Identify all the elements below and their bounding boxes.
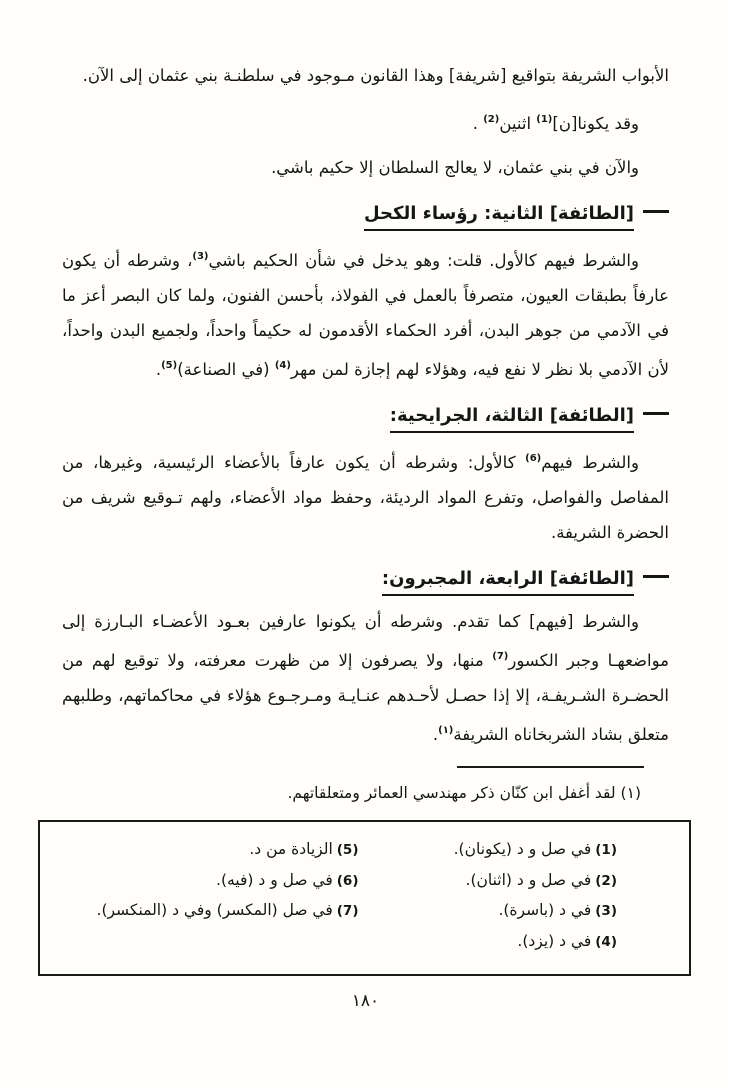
variant-note-text: الزيادة من د. xyxy=(249,840,332,858)
footnote-marker: (7) xyxy=(492,651,508,662)
text-run: والآن في بني عثمان، لا يعالج السلطان إلا… xyxy=(271,158,639,177)
variant-note-number: (6) xyxy=(337,873,359,889)
paragraph-two-physicians: وقد يكونا[ن](1) اثنين(2) . xyxy=(62,102,669,141)
variant-note-number: (3) xyxy=(595,903,617,919)
variant-note-number: (7) xyxy=(337,903,359,919)
footnote-marker: (6) xyxy=(525,453,541,464)
heading-text: [الطائفة] الثانية: رؤساء الكحل xyxy=(364,203,634,231)
paragraph-intro: الأبواب الشريفة بتواقيع [شريفة] وهذا الق… xyxy=(62,58,669,93)
footnote-marker: (١) xyxy=(438,725,453,736)
paragraph-surgeons: والشرط فيهم(6) كالأول: وشرطه أن يكون عار… xyxy=(62,441,669,550)
variant-note-number: (1) xyxy=(595,842,617,858)
variant-note-text: في صل و د (اثنان). xyxy=(466,871,592,889)
heading-dash-icon xyxy=(643,210,669,213)
variant-note-6: (6)في صل و د (فيه). xyxy=(40,866,359,897)
variant-note-text: في د (يزد). xyxy=(517,932,591,950)
variant-note-number: (4) xyxy=(595,934,617,950)
text-run: اثنين xyxy=(499,114,536,133)
section-heading-third-taifa: [الطائفة] الثالثة، الجرايحية: xyxy=(62,403,669,429)
paragraph-oculists: والشرط فيهم كالأول. قلت: وهو يدخل في شأن… xyxy=(62,239,669,387)
variant-note-4: (4)في د (يزد). xyxy=(365,927,618,958)
heading-text: [الطائفة] الرابعة، المجبرون: xyxy=(382,568,634,596)
heading-text: [الطائفة] الثالثة، الجرايحية: xyxy=(390,405,634,433)
footnote-marker: (3) xyxy=(192,251,208,262)
paragraph-ottoman-sultan: والآن في بني عثمان، لا يعالج السلطان إلا… xyxy=(62,150,669,185)
page-number: ١٨٠ xyxy=(62,991,669,1011)
footnote-marker: (1) xyxy=(536,114,552,125)
variant-note-number: (5) xyxy=(337,842,359,858)
variant-note-text: في صل و د (يكونان). xyxy=(454,840,592,858)
text-run: ، وشرطه أن يكون عارفاً بطبقات العيون، مت… xyxy=(62,251,669,379)
variant-notes-right-column: (1)في صل و د (يكونان). (2)في صل و د (اثن… xyxy=(365,835,690,957)
heading-dash-icon xyxy=(643,575,669,578)
variant-note-text: في صل (المكسر) وفي د (المنكسر). xyxy=(97,901,333,919)
variant-note-1: (1)في صل و د (يكونان). xyxy=(365,835,618,866)
footnote-marker: (4) xyxy=(275,360,291,371)
variant-note-number: (2) xyxy=(595,873,617,889)
variant-note-text: في د (باسرة). xyxy=(498,901,591,919)
heading-dash-icon xyxy=(643,412,669,415)
footnote-marker: (2) xyxy=(483,114,499,125)
section-heading-fourth-taifa: [الطائفة] الرابعة، المجبرون: xyxy=(62,566,669,592)
variant-notes-left-column: (5)الزيادة من د. (6)في صل و د (فيه). (7)… xyxy=(40,835,365,957)
variant-note-text: في صل و د (فيه). xyxy=(216,871,333,889)
footnote-separator-rule xyxy=(457,766,644,768)
paragraph-bonesetters: والشرط [فيهم] كما تقدم. وشرطه أن يكونوا … xyxy=(62,604,669,752)
variant-note-2: (2)في صل و د (اثنان). xyxy=(365,866,618,897)
text-run: . xyxy=(473,114,484,133)
book-page: الأبواب الشريفة بتواقيع [شريفة] وهذا الق… xyxy=(0,0,731,1086)
footnote-marker: (5) xyxy=(161,360,177,371)
variant-note-7: (7)في صل (المكسر) وفي د (المنكسر). xyxy=(40,896,359,927)
text-run: الأبواب الشريفة بتواقيع [شريفة] وهذا الق… xyxy=(83,66,669,85)
variant-note-3: (3)في د (باسرة). xyxy=(365,896,618,927)
text-run: (في الصناعة) xyxy=(177,360,275,379)
text-run: والشرط فيهم xyxy=(541,453,639,472)
text-run: وقد يكونا[ن] xyxy=(552,114,639,133)
text-run: والشرط فيهم كالأول. قلت: وهو يدخل في شأن… xyxy=(209,251,639,270)
section-heading-second-taifa: [الطائفة] الثانية: رؤساء الكحل xyxy=(62,201,669,227)
editor-footnote: (١) لقد أغفل ابن كنّان ذكر مهندسي العمائ… xyxy=(62,779,669,808)
variant-note-5: (5)الزيادة من د. xyxy=(40,835,359,866)
variant-notes-box: (1)في صل و د (يكونان). (2)في صل و د (اثن… xyxy=(38,820,691,976)
page-content: الأبواب الشريفة بتواقيع [شريفة] وهذا الق… xyxy=(0,0,731,1011)
